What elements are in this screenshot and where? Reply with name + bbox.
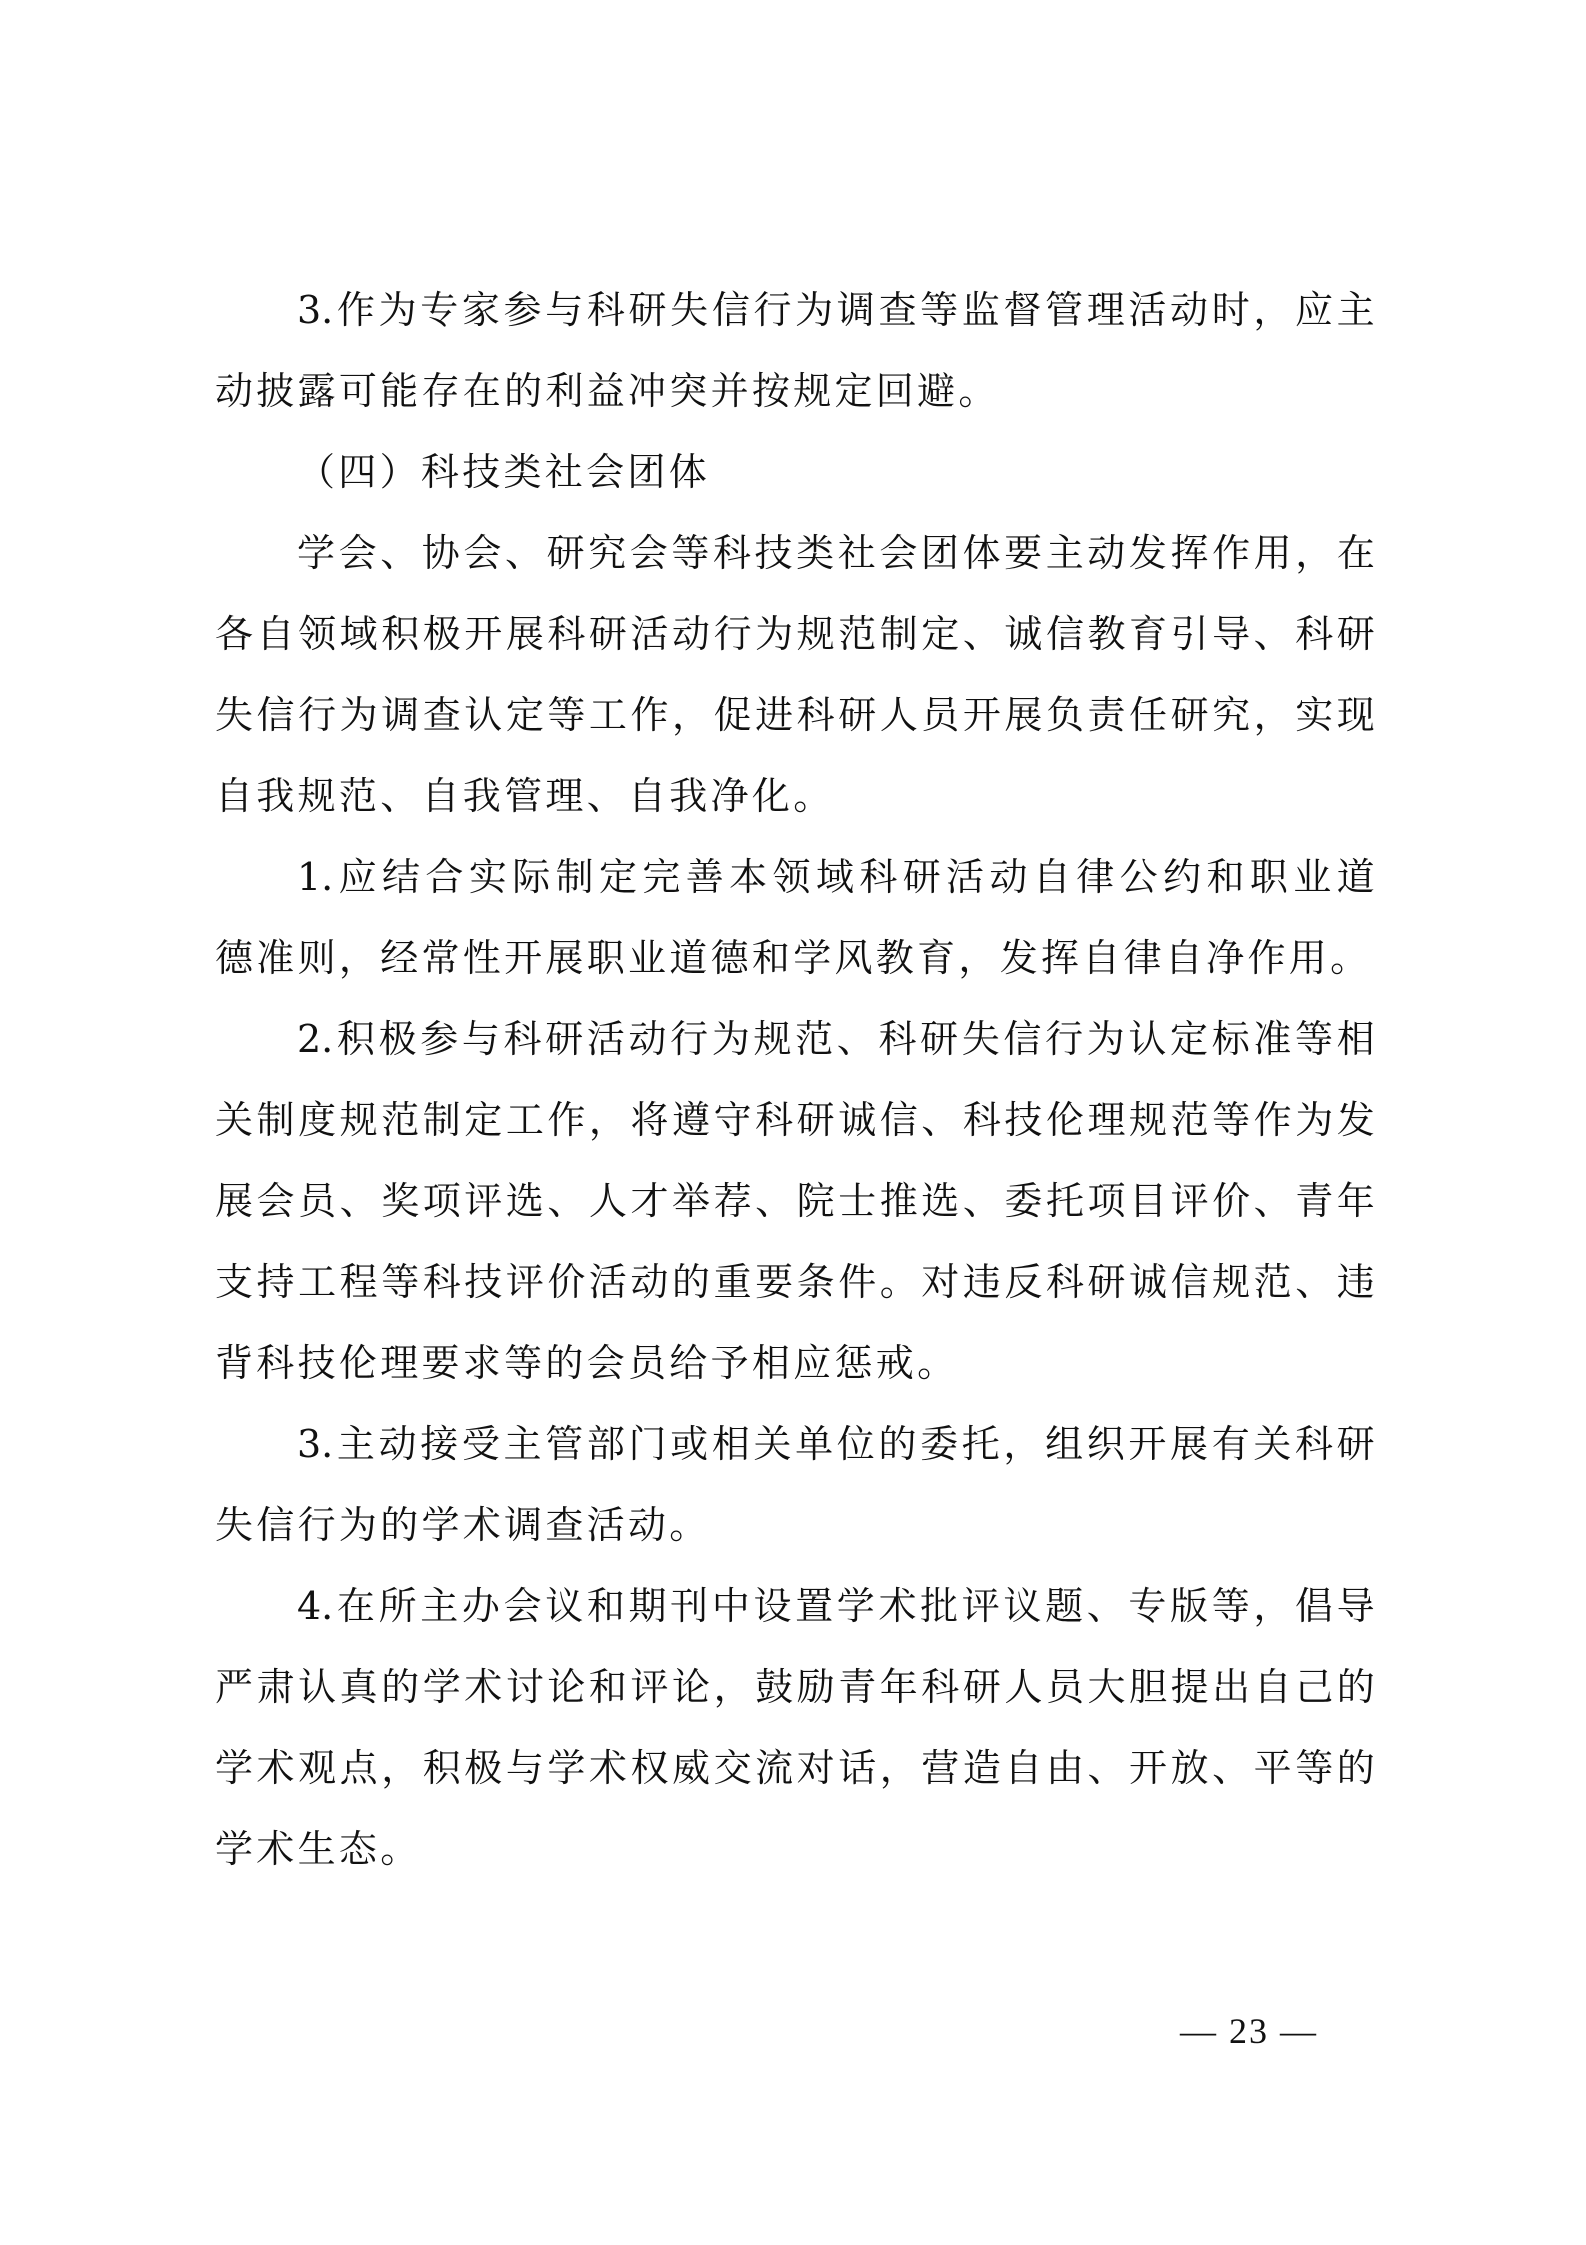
text-line: 各自领域积极开展科研活动行为规范制定、诚信教育引导、科研 xyxy=(215,609,1375,690)
text-line: 1.应结合实际制定完善本领域科研活动自律公约和职业道 xyxy=(215,852,1375,933)
paragraph: 4.在所主办会议和期刊中设置学术批评议题、专版等，倡导严肃认真的学术讨论和评论，… xyxy=(215,1581,1375,1905)
text-line: 4.在所主办会议和期刊中设置学术批评议题、专版等，倡导 xyxy=(215,1581,1375,1662)
paragraph: 学会、协会、研究会等科技类社会团体要主动发挥作用，在各自领域积极开展科研活动行为… xyxy=(215,528,1375,852)
text-line: 2.积极参与科研活动行为规范、科研失信行为认定标准等相 xyxy=(215,1014,1375,1095)
paragraph: 2.积极参与科研活动行为规范、科研失信行为认定标准等相关制度规范制定工作，将遵守… xyxy=(215,1014,1375,1419)
document-body: 3.作为专家参与科研失信行为调查等监督管理活动时，应主动披露可能存在的利益冲突并… xyxy=(215,285,1375,1905)
text-line: 学术生态。 xyxy=(215,1824,1375,1905)
section-heading: （四）科技类社会团体 xyxy=(215,447,1375,528)
document-page: 3.作为专家参与科研失信行为调查等监督管理活动时，应主动披露可能存在的利益冲突并… xyxy=(0,0,1586,2245)
text-line: 学会、协会、研究会等科技类社会团体要主动发挥作用，在 xyxy=(215,528,1375,609)
text-line: （四）科技类社会团体 xyxy=(215,447,1375,528)
paragraph: 3.主动接受主管部门或相关单位的委托，组织开展有关科研失信行为的学术调查活动。 xyxy=(215,1419,1375,1581)
text-line: 展会员、奖项评选、人才举荐、院士推选、委托项目评价、青年 xyxy=(215,1176,1375,1257)
text-line: 学术观点，积极与学术权威交流对话，营造自由、开放、平等的 xyxy=(215,1743,1375,1824)
text-line: 严肃认真的学术讨论和评论，鼓励青年科研人员大胆提出自己的 xyxy=(215,1662,1375,1743)
text-line: 3.主动接受主管部门或相关单位的委托，组织开展有关科研 xyxy=(215,1419,1375,1500)
paragraph: 1.应结合实际制定完善本领域科研活动自律公约和职业道德准则，经常性开展职业道德和… xyxy=(215,852,1375,1014)
text-line: 自我规范、自我管理、自我净化。 xyxy=(215,771,1375,852)
text-line: 失信行为调查认定等工作，促进科研人员开展负责任研究，实现 xyxy=(215,690,1375,771)
text-line: 关制度规范制定工作，将遵守科研诚信、科技伦理规范等作为发 xyxy=(215,1095,1375,1176)
text-line: 支持工程等科技评价活动的重要条件。对违反科研诚信规范、违 xyxy=(215,1257,1375,1338)
text-line: 背科技伦理要求等的会员给予相应惩戒。 xyxy=(215,1338,1375,1419)
text-line: 失信行为的学术调查活动。 xyxy=(215,1500,1375,1581)
page-number: — 23 — xyxy=(1180,2010,1318,2052)
text-line: 动披露可能存在的利益冲突并按规定回避。 xyxy=(215,366,1375,447)
text-line: 3.作为专家参与科研失信行为调查等监督管理活动时，应主 xyxy=(215,285,1375,366)
text-line: 德准则，经常性开展职业道德和学风教育，发挥自律自净作用。 xyxy=(215,933,1375,1014)
paragraph: 3.作为专家参与科研失信行为调查等监督管理活动时，应主动披露可能存在的利益冲突并… xyxy=(215,285,1375,447)
